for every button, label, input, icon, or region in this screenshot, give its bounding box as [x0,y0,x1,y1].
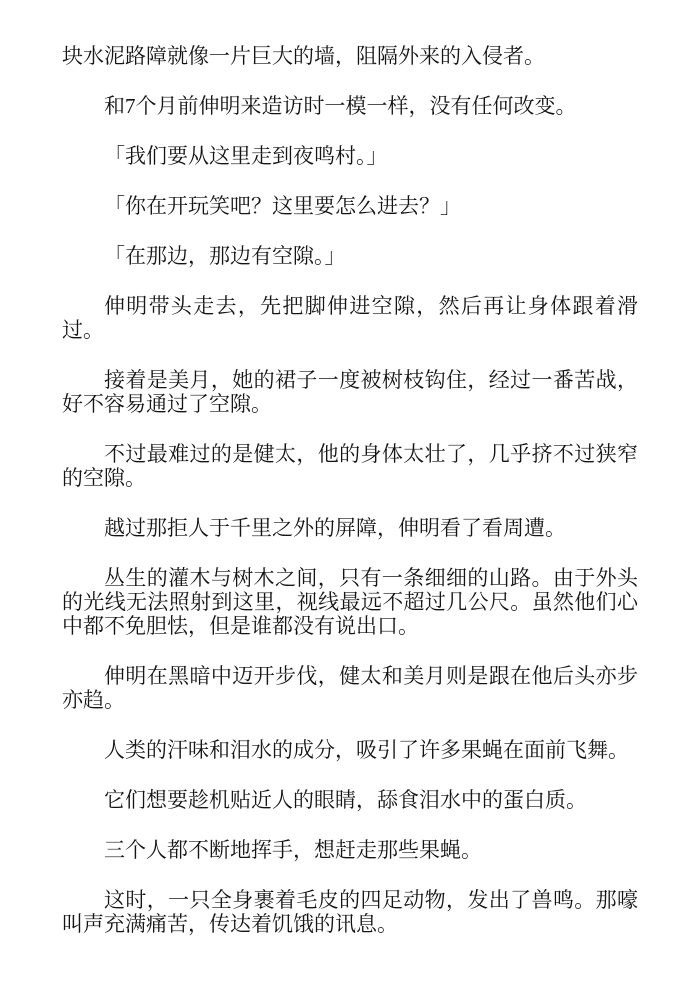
paragraph: 块水泥路障就像一片巨大的墙，阻隔外来的入侵者。 [62,44,638,68]
paragraph: 「你在开玩笑吧？这里要怎么进去？」 [62,194,638,218]
paragraph: 伸明带头走去，先把脚伸进空隙，然后再让身体跟着滑过。 [62,294,638,342]
paragraph: 越过那拒人于千里之外的屏障，伸明看了看周遭。 [62,516,638,540]
paragraph: 三个人都不断地挥手，想赶走那些果蝇。 [62,838,638,862]
paragraph: 丛生的灌木与树木之间，只有一条细细的山路。由于外头的光线无法照射到这里，视线最远… [62,566,638,638]
paragraph: 「在那边，那边有空隙。」 [62,244,638,268]
paragraph: 「我们要从这里走到夜鸣村。」 [62,144,638,168]
paragraph: 它们想要趁机贴近人的眼睛，舔食泪水中的蛋白质。 [62,788,638,812]
paragraph: 接着是美月，她的裙子一度被树枝钩住，经过一番苦战，好不容易通过了空隙。 [62,368,638,416]
book-page: 块水泥路障就像一片巨大的墙，阻隔外来的入侵者。 和7个月前伸明来造访时一模一样，… [0,0,700,992]
paragraph: 伸明在黑暗中迈开步伐，健太和美月则是跟在他后头亦步亦趋。 [62,664,638,712]
paragraph: 和7个月前伸明来造访时一模一样，没有任何改变。 [62,94,638,118]
paragraph: 不过最难过的是健太，他的身体太壮了，几乎挤不过狭窄的空隙。 [62,442,638,490]
paragraph: 人类的汗味和泪水的成分，吸引了许多果蝇在面前飞舞。 [62,738,638,762]
paragraph: 这时，一只全身裹着毛皮的四足动物，发出了兽鸣。那嚎叫声充满痛苦，传达着饥饿的讯息… [62,888,638,936]
